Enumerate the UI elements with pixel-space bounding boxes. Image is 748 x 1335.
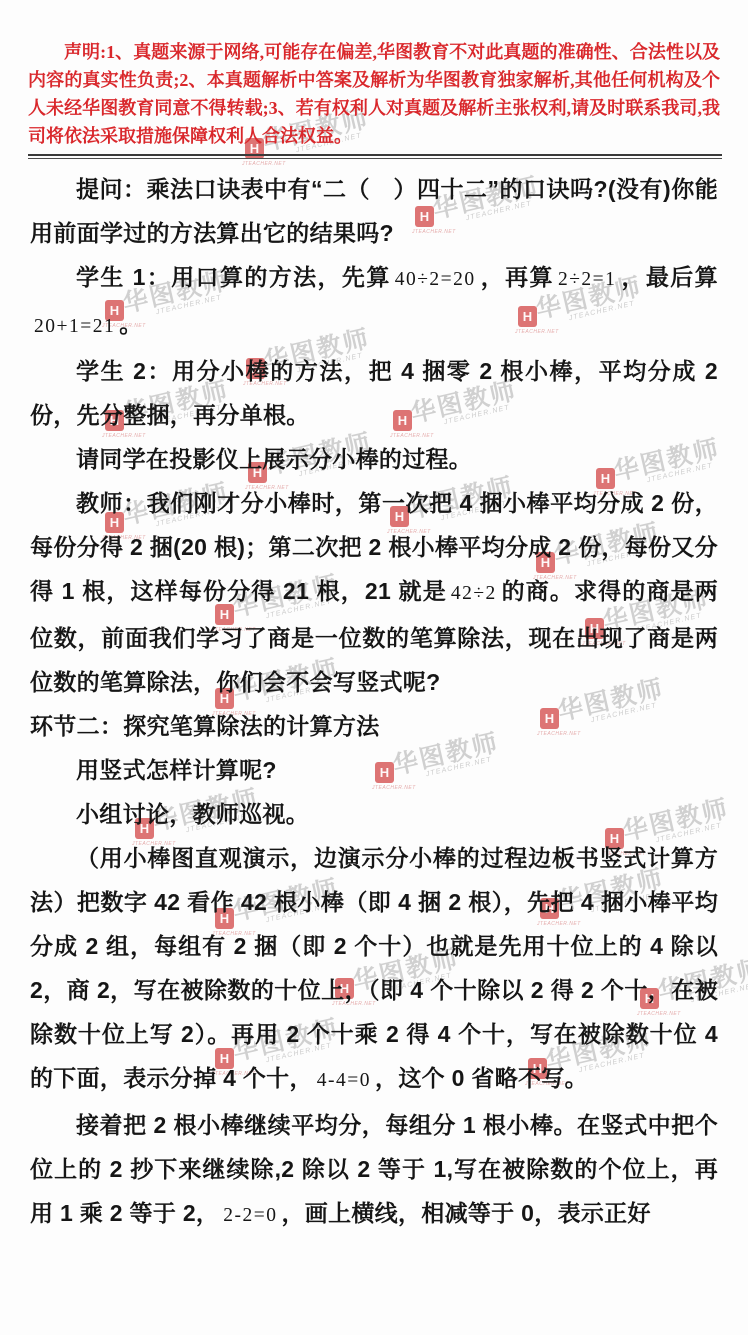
paragraph-text: 请同学在投影仪上展示分小棒的过程。 [76,446,472,472]
formula-42-div-2: 42÷2 [447,583,501,604]
formula-2-div-2: 2÷2=1 [554,269,620,290]
paragraph-text: ，这个 0 省略不写。 [375,1065,588,1091]
paragraph-projector: 请同学在投影仪上展示分小棒的过程。 [30,437,718,481]
paragraph-student1: 学生 1：用口算的方法，先算40÷2=20，再算2÷2=1，最后算20+1=21… [30,255,718,349]
paragraph-text: 小组讨论，教师巡视。 [76,801,309,827]
formula-40-div-2: 40÷2=20 [391,269,480,290]
paragraph-teacher: 教师：我们刚才分小棒时，第一次把 4 捆小棒平均分成 2 份，每份分得 2 捆(… [30,481,718,704]
paragraph-text: 提问：乘法口诀表中有“二（ ）四十二”的口诀吗?(没有)你能用前面学过的方法算出… [30,176,718,246]
paragraph-text: 用竖式怎样计算呢? [76,757,277,783]
paragraph-text: 。 [119,311,142,337]
paragraph-text: ，画上横线，相减等于 0，表示正好 [281,1200,650,1226]
paragraph-text: 学生 2：用分小棒的方法，把 4 捆零 2 根小棒，平均分成 2 份，先分整捆，… [30,358,718,428]
paragraph-how-vertical: 用竖式怎样计算呢? [30,748,718,792]
formula-4-minus-4: 4-4=0 [313,1070,375,1091]
paragraph-demonstration: （用小棒图直观演示，边演示分小棒的过程边板书竖式计算方法）把数字 42 看作 4… [30,836,718,1103]
formula-20-plus-1: 20+1=21 [30,316,119,337]
paragraph-continue-divide: 接着把 2 根小棒继续平均分，每组分 1 根小棒。在竖式中把个位上的 2 抄下来… [30,1103,718,1238]
paragraph-text: ，再算 [480,264,554,290]
disclaimer-text: 声明:1、真题来源于网络,可能存在偏差,华图教育不对此真题的准确性、合法性以及内… [28,38,720,150]
document-body: 提问：乘法口诀表中有“二（ ）四十二”的口诀吗?(没有)你能用前面学过的方法算出… [30,167,718,1238]
formula-2-minus-2: 2-2=0 [219,1205,281,1226]
disclaimer-body: 1、真题来源于网络,可能存在偏差,华图教育不对此真题的准确性、合法性以及内容的真… [28,42,720,146]
paragraph-text: ，最后算 [620,264,718,290]
paragraph-question: 提问：乘法口诀表中有“二（ ）四十二”的口诀吗?(没有)你能用前面学过的方法算出… [30,167,718,255]
page: HJTEACHER.NET华图教师JTEACHER.NETHJTEACHER.N… [0,0,748,1335]
section-heading: 环节二：探究笔算除法的计算方法 [30,704,718,748]
paragraph-group-discuss: 小组讨论，教师巡视。 [30,792,718,836]
disclaimer-label: 声明: [64,42,106,62]
paragraph-text: （用小棒图直观演示，边演示分小棒的过程边板书竖式计算方法）把数字 42 看作 4… [30,845,718,1091]
paragraph-student2: 学生 2：用分小棒的方法，把 4 捆零 2 根小棒，平均分成 2 份，先分整捆，… [30,349,718,437]
paragraph-text: 学生 1：用口算的方法，先算 [76,264,391,290]
divider-rule [28,154,722,159]
